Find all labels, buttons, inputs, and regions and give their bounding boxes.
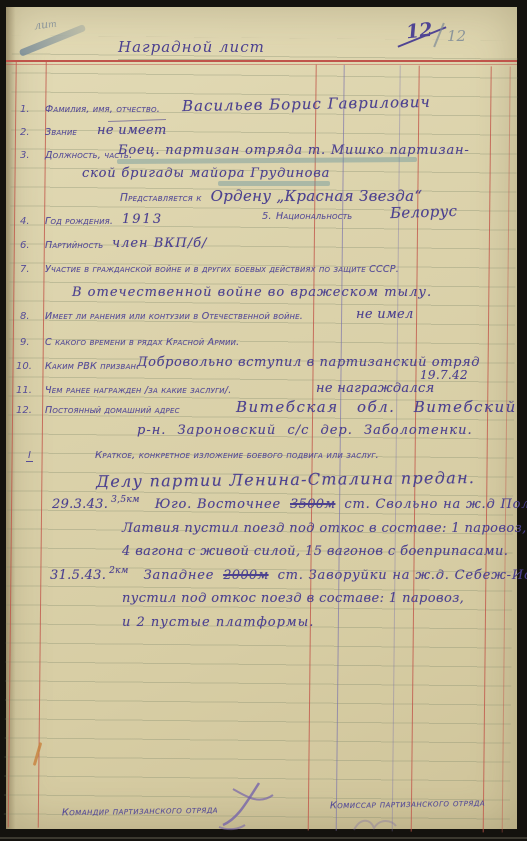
entry2-text-b: ст. Заворуйки на ж.д. Себеж-Идрица: [278, 568, 527, 583]
field3-value-line2: ской бригады майора Грудинова: [82, 166, 330, 181]
field9-number: 9.: [20, 337, 30, 348]
page-number-ink: 12: [405, 19, 434, 44]
entry1-text-a: Юго. Восточнее: [155, 497, 281, 512]
entry1-text-b: ст. Свольно на ж.д Полоцк-: [344, 497, 527, 512]
entry2-sup-note: 2км: [109, 566, 128, 576]
photo-of-document: лит Наградной лист 12 12 1. Фамилия, имя…: [0, 0, 527, 841]
field2-value: не имеет: [97, 123, 167, 138]
field1-number: 1.: [20, 104, 30, 115]
header-red-rule-thin: [6, 64, 517, 65]
field11-number: 11.: [16, 385, 32, 396]
presentation-line: Представляется к Ордену „Красная Звезда“: [120, 187, 422, 205]
field8-label: Имеет ли ранения или контузии в Отечеств…: [45, 311, 303, 322]
field5-number: 5.: [262, 211, 272, 222]
presentation-value: Ордену „Красная Звезда“: [211, 187, 423, 205]
field8-number: 8.: [20, 311, 30, 322]
field6-number: 6.: [20, 240, 30, 251]
field9-label: С какого времени в рядах Красной Армии.: [45, 337, 239, 348]
photo-bottom-edge: [0, 837, 527, 839]
entry2-line2: пустил под откос поезд в составе: 1 паро…: [122, 591, 464, 606]
field7-value: В отечественной войне во вражеском тылу.: [72, 285, 432, 300]
entry2-text-a: Западнее: [144, 568, 215, 583]
entry1-line2: Латвия пустил поезд под откос в составе:…: [122, 521, 527, 536]
entry1-sup-note: 3,5км: [111, 495, 140, 505]
field11-label: Чем ранее награжден /за какие заслуги/.: [45, 385, 232, 396]
entry2-strikeout: 2000м: [223, 568, 268, 583]
corner-mark-sup: т: [48, 19, 58, 30]
field4-value: 1913: [122, 212, 163, 227]
section1-number: I: [26, 450, 33, 462]
field3-value-line1: Боец. партизан отряда т. Мишко партизан-: [118, 143, 470, 158]
entry1-date: 29.3.43.: [52, 497, 108, 512]
field11-value: не награждался: [316, 381, 434, 396]
field3-number: 3.: [20, 150, 30, 161]
field1-label: Фамилия, имя, отчество.: [45, 104, 160, 115]
field4-number: 4.: [20, 216, 30, 227]
page-number-pencil: 12: [447, 27, 466, 45]
field8-value: не имел: [356, 307, 414, 322]
field5-value: Белорус: [390, 202, 458, 222]
field12-value-line1: Витебская обл. Витебский: [236, 398, 517, 416]
ruled-lines-layer: [0, 0, 527, 841]
entry1-strikeout: 3500м: [290, 497, 335, 512]
field6-label: Партийность: [45, 240, 103, 251]
field10-label: Каким РВК призван.: [45, 361, 139, 372]
field12-value-line2: р-н. Зароновский с/с дер. Заболотенки.: [137, 423, 473, 438]
commissar-signature-trace: [350, 814, 400, 836]
section1-opening: Делу партии Ленина-Сталина предан.: [96, 468, 475, 491]
entry2-line3: и 2 пустые платформы.: [122, 615, 314, 630]
field7-label: Участие в гражданской войне и в других б…: [45, 264, 399, 275]
field10-number: 10.: [16, 361, 32, 372]
field2-number: 2.: [20, 127, 30, 138]
entry2-date: 31.5.43.: [50, 568, 106, 583]
header-red-rule: [6, 60, 517, 62]
entry2-line1: 31.5.43. 2км Западнее 2000м ст. Заворуйк…: [50, 568, 527, 583]
field7-number: 7.: [20, 264, 30, 275]
presentation-label: Представляется к: [120, 192, 202, 204]
field12-number: 12.: [16, 405, 32, 416]
field2-label: Звание: [45, 127, 77, 138]
document-title: Наградной лист: [118, 38, 265, 60]
commander-signature-flourish: [215, 775, 285, 833]
section1-heading: Краткое, конкретное изложение боевого по…: [95, 450, 379, 461]
entry1-line1: 29.3.43. 3,5км Юго. Восточнее 3500м ст. …: [52, 497, 527, 512]
field12-label: Постоянный домашний адрес: [45, 405, 180, 416]
field11-date-note: 19.7.42: [420, 368, 468, 382]
entry1-line3: 4 вагона с живой силой, 15 вагонов с бое…: [122, 544, 508, 559]
field6-value: член ВКП/б/: [112, 236, 207, 251]
pencil-highlight-line2: [218, 181, 330, 186]
field5-label: Национальность: [276, 211, 352, 222]
field4-label: Год рождения.: [45, 216, 113, 227]
